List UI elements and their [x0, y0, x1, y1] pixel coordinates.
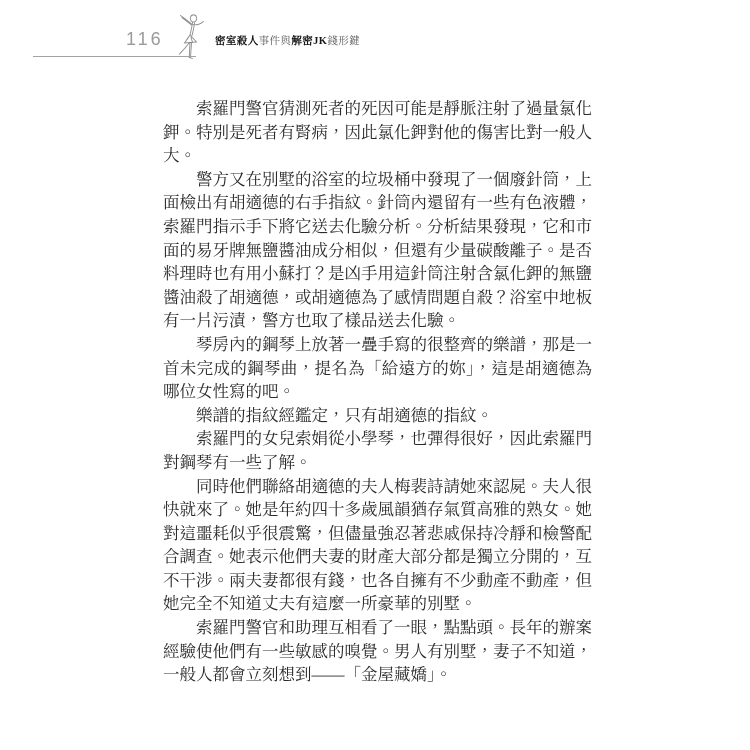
header-divider-line	[33, 56, 196, 57]
page-number: 116	[126, 29, 164, 50]
title-seg-4: 錢形鍵	[327, 36, 360, 47]
title-seg-bold-1: 密室殺人	[215, 36, 259, 47]
body-text-block: 索羅門警官猜測死者的死因可能是靜脈注射了過量氯化鉀。特別是死者有腎病，因此氯化鉀…	[163, 97, 592, 687]
running-book-title: 密室殺人事件與解密JK錢形鍵	[215, 33, 360, 48]
paragraph: 索羅門警官和助理互相看了一眼，點點頭。長年的辦案經驗使他們有一些敏感的嗅覺。男人…	[163, 616, 592, 687]
paragraph: 琴房內的鋼琴上放著一疊手寫的很整齊的樂譜，那是一首未完成的鋼琴曲，提名為「給遠方…	[163, 333, 592, 404]
dancer-icon	[176, 13, 208, 60]
paragraph: 同時他們聯絡胡適德的夫人梅裴詩請她來認屍。夫人很快就來了。她是年約四十多歲風韻猶…	[163, 475, 592, 617]
title-seg-bold-3: 解密JK	[291, 36, 327, 47]
title-seg-2: 事件與	[259, 36, 292, 47]
paragraph: 警方又在別墅的浴室的垃圾桶中發現了一個廢針筒，上面檢出有胡適德的右手指紋。針筒內…	[163, 168, 592, 333]
paragraph: 索羅門警官猜測死者的死因可能是靜脈注射了過量氯化鉀。特別是死者有腎病，因此氯化鉀…	[163, 97, 592, 168]
paragraph: 樂譜的指紋經鑑定，只有胡適德的指紋。	[163, 404, 592, 428]
paragraph: 索羅門的女兒索娟從小學琴，也彈得很好，因此索羅門對鋼琴有一些了解。	[163, 427, 592, 474]
book-page: 116	[0, 0, 750, 750]
